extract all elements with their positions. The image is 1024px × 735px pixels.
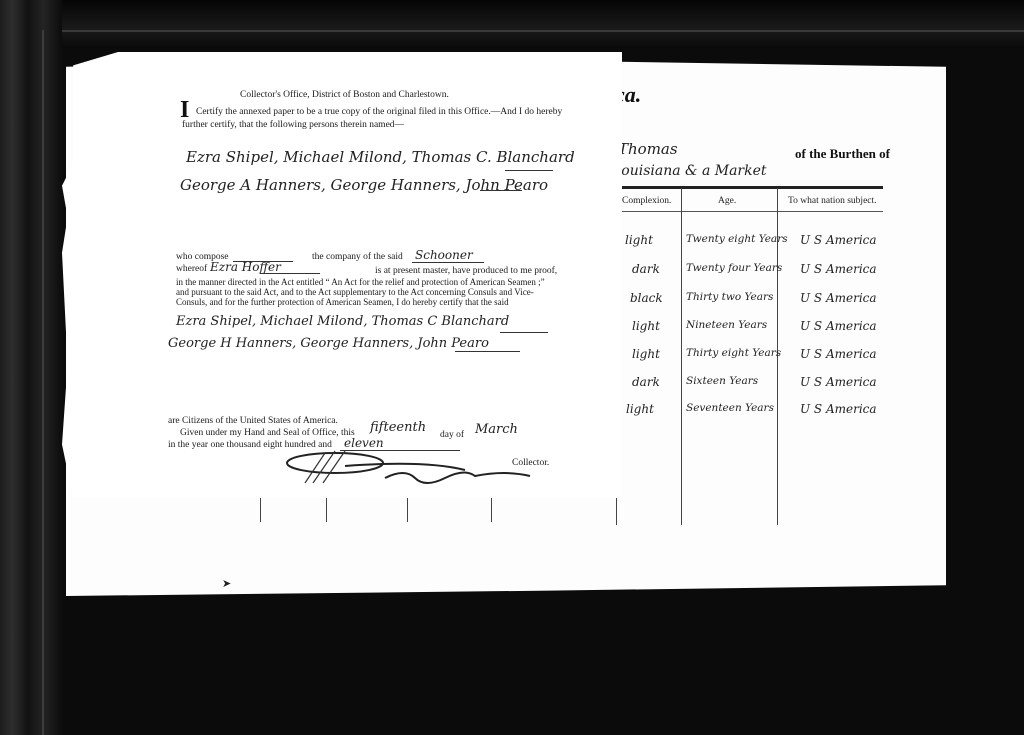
citizens-line: are Citizens of the United States of Ame… [168, 416, 338, 427]
fill-line [260, 273, 320, 274]
whereof-label: whereof [176, 264, 207, 275]
crew-nation: U S America [800, 262, 877, 276]
collector-label: Collector. [512, 458, 549, 469]
month-value: March [475, 422, 518, 437]
crew-nation: U S America [800, 375, 877, 389]
fill-line [505, 170, 553, 171]
column-header-nation: To what nation subject. [788, 196, 877, 206]
crew-complexion: dark [632, 375, 660, 389]
crew-age: Thirty eight Years [686, 347, 781, 359]
crew-table-top-rule [605, 186, 883, 189]
master-name: Ezra Hoffer [210, 260, 281, 274]
certify-line-2: further certify, that the following pers… [182, 120, 404, 131]
crew-complexion: light [632, 347, 660, 361]
collector-signature-icon [285, 448, 535, 488]
crew-age: Twenty four Years [686, 262, 782, 274]
company-label: the company of the said [312, 252, 403, 263]
crew-age: Seventeen Years [686, 402, 774, 414]
crew-complexion: light [632, 319, 660, 333]
fill-line [455, 351, 520, 352]
collector-office-line: Collector's Office, District of Boston a… [240, 90, 449, 101]
crew-nation: U S America [800, 319, 877, 333]
fill-line [500, 332, 548, 333]
crew-names-line-1: Ezra Shipel, Michael Milond, Thomas C. B… [186, 148, 575, 166]
column-header-complexion: Complexion. [622, 196, 671, 206]
frame-edge-line [40, 30, 1024, 32]
column-header-age: Age. [718, 196, 736, 206]
scanner-frame-left [0, 0, 62, 735]
day-of-label: day of [440, 430, 464, 441]
burthen-label: of the Burthen of [795, 146, 890, 162]
crew-age: Thirty two Years [686, 291, 773, 303]
arrow-mark-icon: ➤ [222, 577, 231, 590]
fill-line [412, 262, 484, 263]
column-divider [681, 188, 682, 525]
crew-complexion: black [630, 291, 663, 305]
crew-nation: U S America [800, 402, 877, 416]
fill-line [480, 190, 522, 191]
scanner-frame-top [0, 0, 1024, 48]
crew-age: Twenty eight Years [686, 233, 788, 245]
voyage-destination: Louisiana & a Market [612, 163, 767, 179]
crew-complexion: dark [632, 262, 660, 276]
frame-edge-line-left [42, 30, 44, 735]
act-line-4: Consuls, and for the further protection … [176, 297, 509, 308]
crew-complexion: light [626, 402, 654, 416]
vessel-name: Thomas [618, 140, 678, 158]
drop-cap: I [180, 99, 189, 121]
crew-names-repeat-line-1: Ezra Shipel, Michael Milond, Thomas C Bl… [176, 314, 509, 329]
crew-table-header-rule [605, 211, 883, 212]
crew-names-line-2: George A Hanners, George Hanners, John P… [180, 176, 548, 194]
vessel-type: Schooner [415, 248, 473, 262]
signature-text: H. Dearborn [350, 468, 356, 469]
crew-age: Sixteen Years [686, 375, 758, 387]
act-line-1: is at present master, have produced to m… [375, 266, 557, 277]
crew-nation: U S America [800, 347, 877, 361]
certify-line-1: Certify the annexed paper to be a true c… [196, 107, 562, 118]
crew-nation: U S America [800, 233, 877, 247]
crew-complexion: light [625, 233, 653, 247]
crew-nation: U S America [800, 291, 877, 305]
crew-names-repeat-line-2: George H Hanners, George Hanners, John P… [168, 336, 489, 351]
crew-age: Nineteen Years [686, 319, 767, 331]
day-value: fifteenth [370, 420, 426, 435]
given-under-label: Given under my Hand and Seal of Office, … [180, 428, 355, 439]
